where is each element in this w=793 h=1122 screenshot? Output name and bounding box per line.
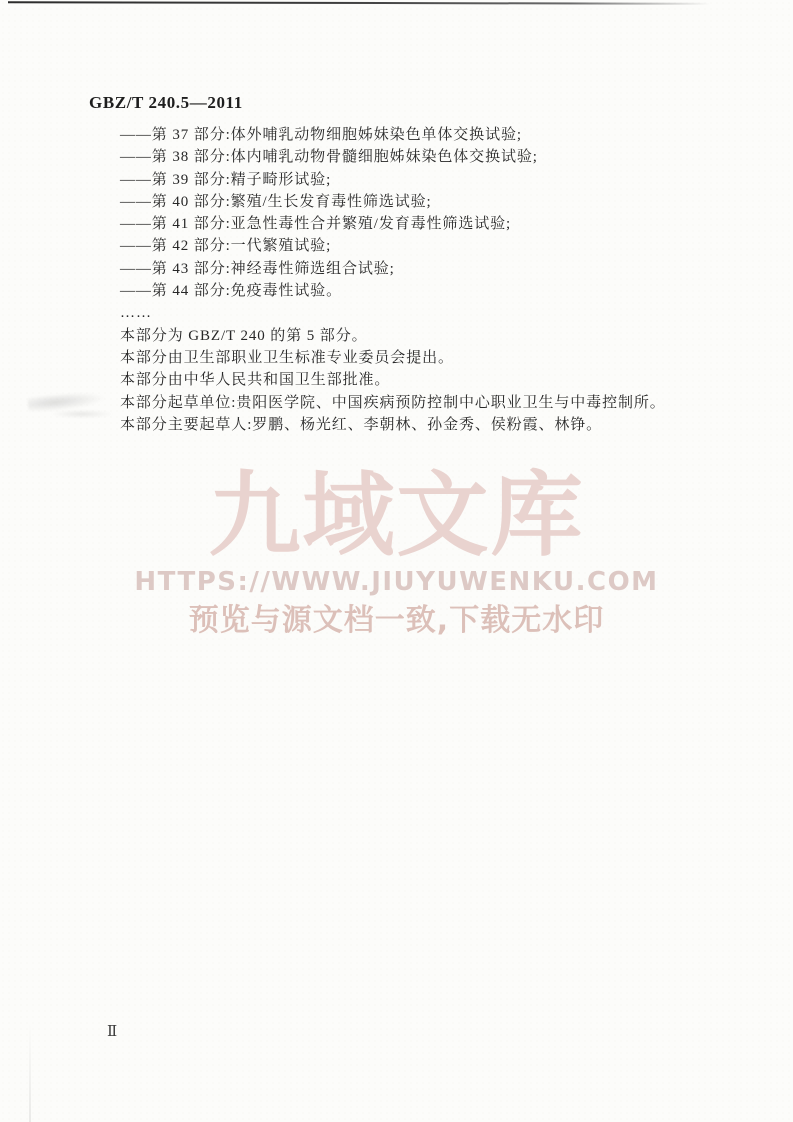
watermark-tagline: 预览与源文档一致,下载无水印 [0,603,793,639]
part-list-item: ——第 39 部分:精子畸形试验; [120,169,680,191]
paragraph: 本部分为 GBZ/T 240 的第 5 部分。 [120,325,680,347]
standard-code-header: GBZ/T 240.5—2011 [89,93,243,113]
watermark-url: HTTPS://WWW.JIUYUWENKU.COM [0,569,793,595]
paragraph: 本部分由卫生部职业卫生标准专业委员会提出。 [120,347,680,369]
paragraph: 本部分起草单位:贵阳医学院、中国疾病预防控制中心职业卫生与中毒控制所。 [120,392,680,414]
paragraph: 本部分主要起草人:罗鹏、杨光红、李朝林、孙金秀、侯粉霞、林铮。 [120,414,680,436]
document-body: ——第 37 部分:体外哺乳动物细胞姊妹染色单体交换试验; ——第 38 部分:… [120,124,680,436]
paragraph: 本部分由中华人民共和国卫生部批准。 [120,369,680,391]
part-list-item: ——第 43 部分:神经毒性筛选组合试验; [120,258,680,280]
part-list-item: ——第 40 部分:繁殖/生长发育毒性筛选试验; [120,191,680,213]
scan-edge-line [8,1,710,4]
ellipsis-line: …… [120,302,680,324]
part-list-item: ——第 37 部分:体外哺乳动物细胞姊妹染色单体交换试验; [120,124,680,146]
watermark-title: 九域文库 [0,470,793,562]
part-list-item: ——第 42 部分:一代繁殖试验; [120,235,680,257]
scan-edge-shade [29,1022,31,1122]
part-list-item: ——第 44 部分:免疫毒性试验。 [120,280,680,302]
scanned-document-page: 九域文库 HTTPS://WWW.JIUYUWENKU.COM 预览与源文档一致… [0,0,793,1122]
page-number: Ⅱ [107,1022,117,1041]
part-list-item: ——第 38 部分:体内哺乳动物骨髓细胞姊妹染色体交换试验; [120,146,680,168]
scan-smudge [52,410,112,418]
part-list-item: ——第 41 部分:亚急性毒性合并繁殖/发育毒性筛选试验; [120,213,680,235]
